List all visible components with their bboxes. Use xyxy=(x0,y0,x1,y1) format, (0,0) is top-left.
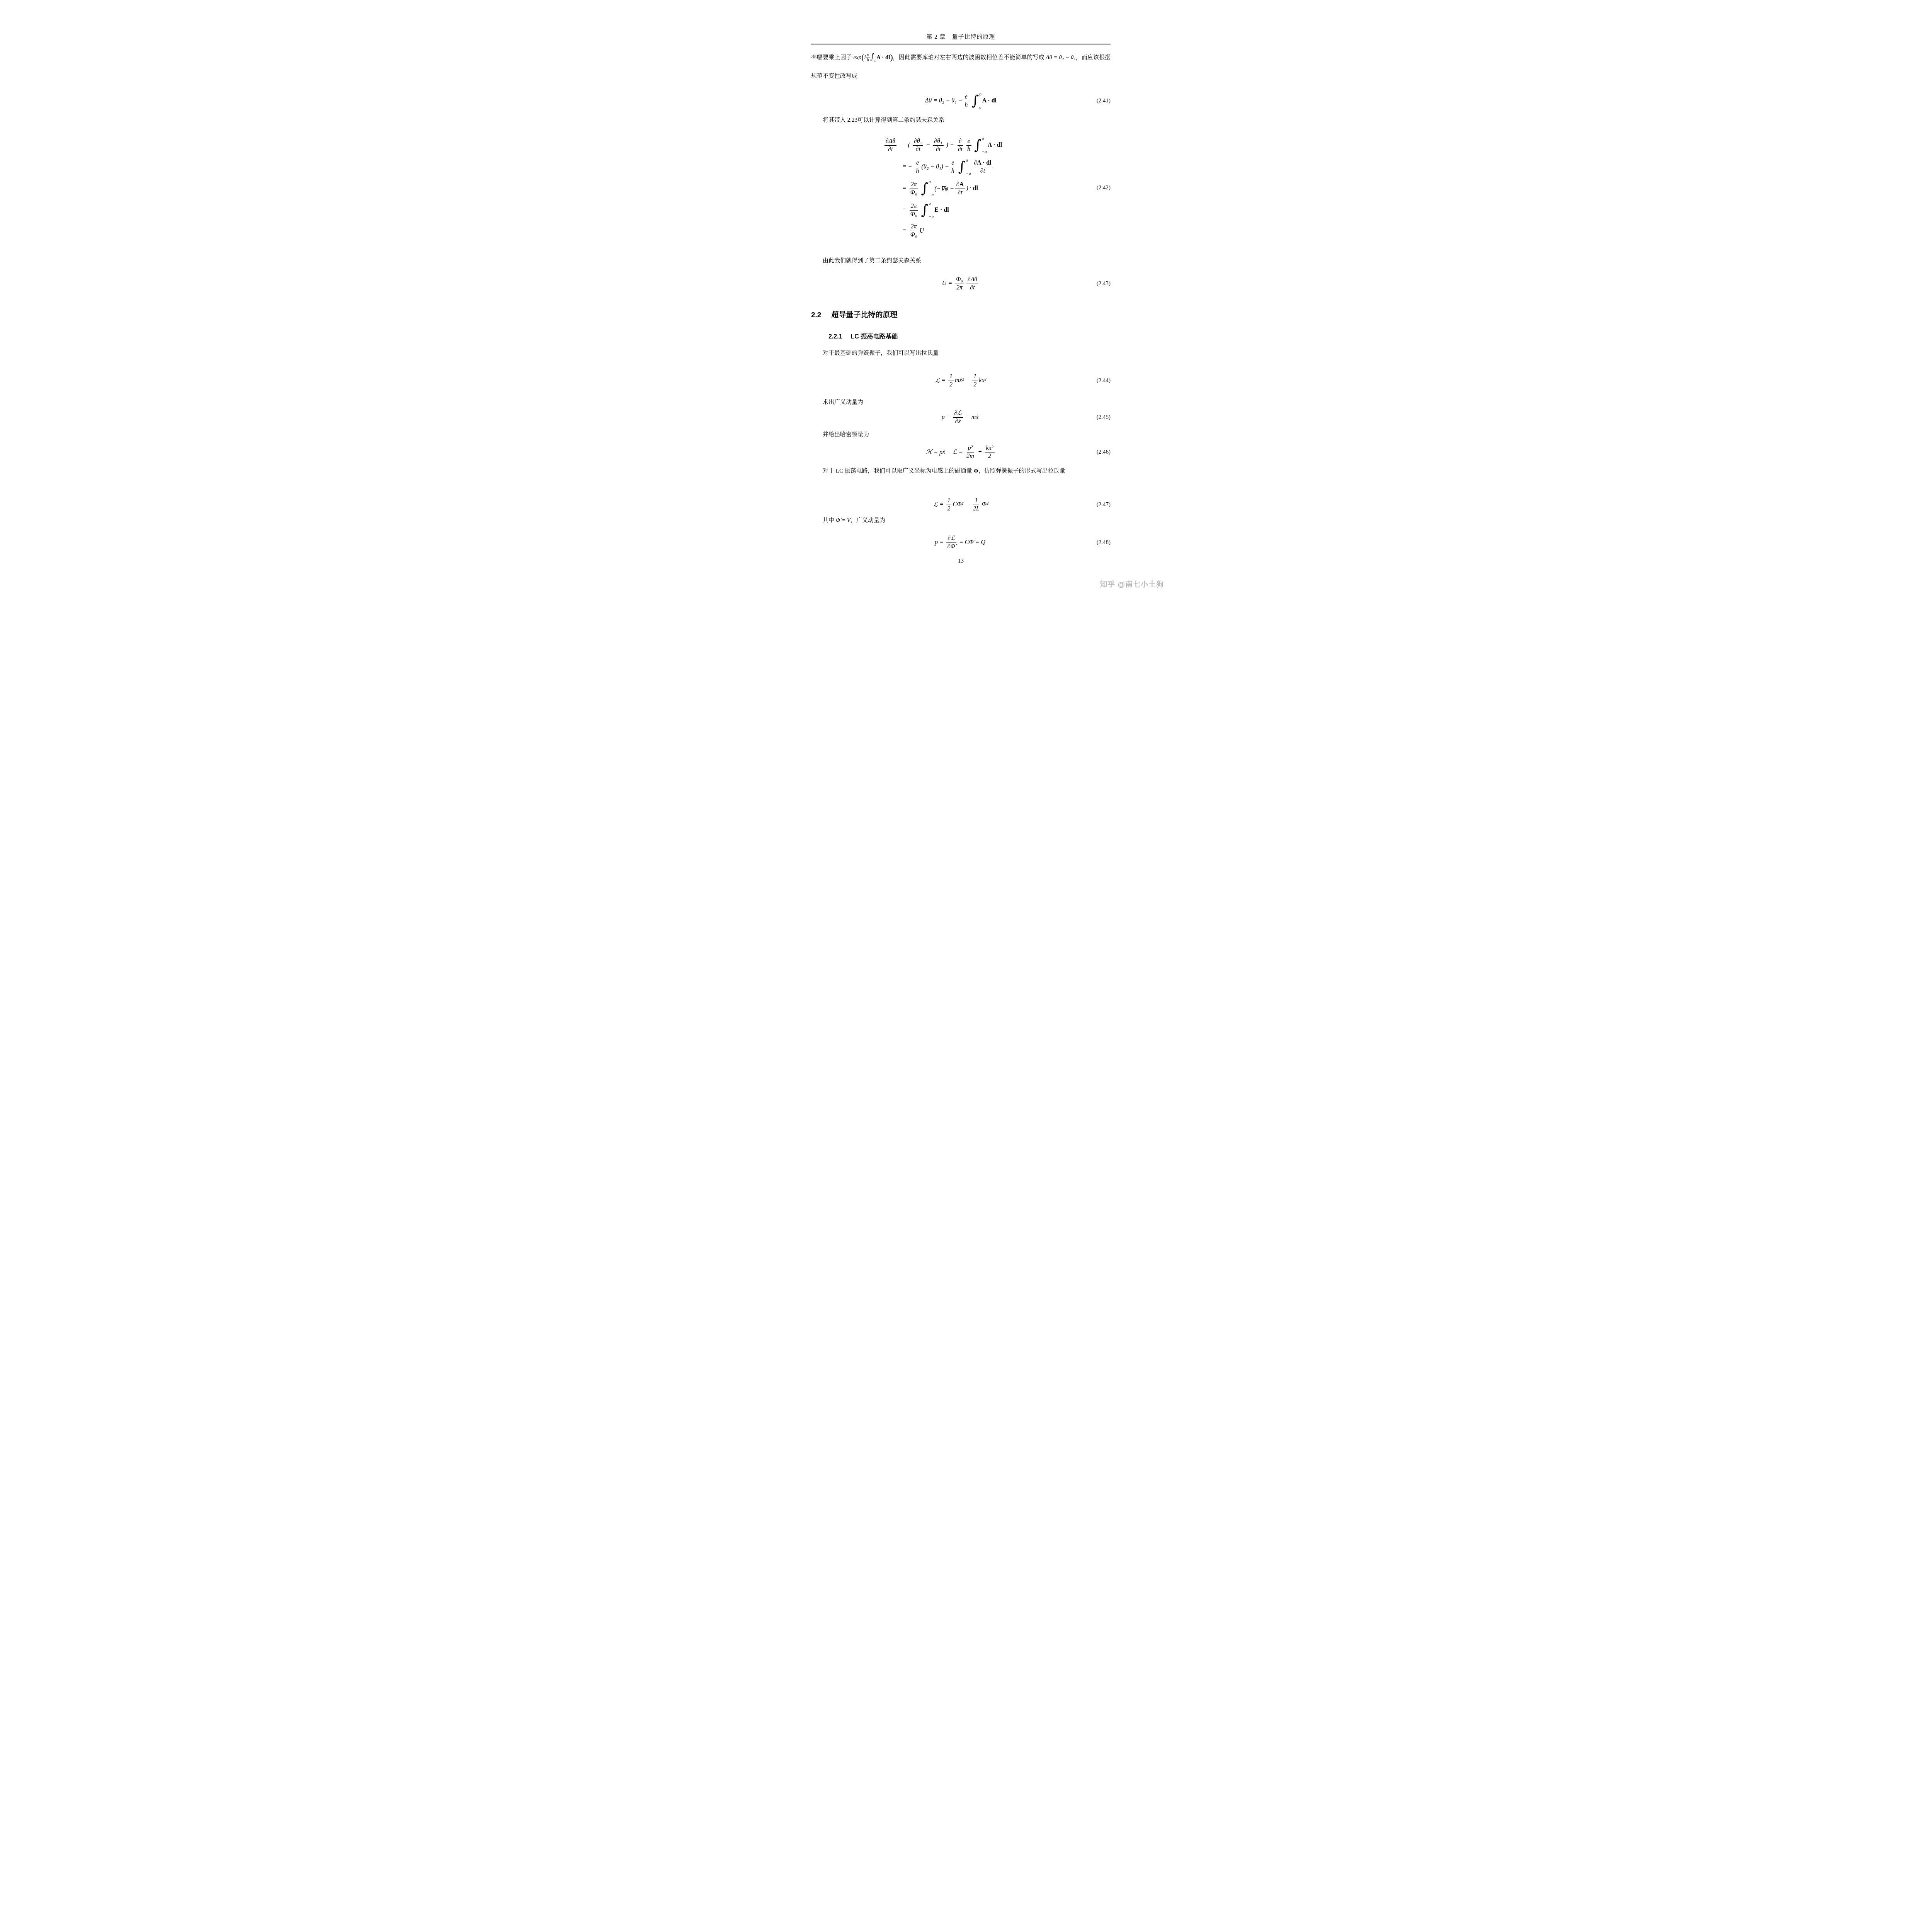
paragraph-text: ，因此需要库珀对左右两边的波函数相位差不能简单的写成 xyxy=(893,54,1046,61)
fraction-2pi-phi0: 2πΦ₀ xyxy=(909,202,919,218)
eq42-line5: = 2πΦ₀ U xyxy=(873,223,924,239)
equation-2-43: U = Φ₀2π ∂Δθ∂t (2.43) xyxy=(811,273,1111,294)
subsection-number: 2.2.1 xyxy=(828,333,842,340)
eq44-lhs: ℒ xyxy=(936,377,940,384)
page-number: 13 xyxy=(811,558,1111,565)
eq41-lhs: Δθ xyxy=(925,97,932,104)
eq48-lhs: p xyxy=(935,539,938,546)
paragraph-substitute: 将其带入 2.23可以计算得到第二条约瑟夫森关系 xyxy=(811,116,1111,124)
fraction-2pi-phi0: 2πΦ₀ xyxy=(909,181,919,197)
eq42-line3: = 2πΦ₀ ∫a−a (−∇φ − ∂A∂t ) · dl xyxy=(873,180,980,197)
subsection-heading-2-2-1: 2.2.1LC 振荡电路基础 xyxy=(828,332,1128,340)
subsection-title: LC 振荡电路基础 xyxy=(851,333,898,340)
zhihu-watermark: 知乎 @南七小土狗 xyxy=(1100,579,1164,589)
eq43-lhs: U xyxy=(942,280,947,287)
math-delta-theta: Δθ = θ₂ − θ₁ xyxy=(1046,54,1076,61)
fraction-p-sq-2m: p²2m xyxy=(965,444,975,460)
vector-E-dl: E · dl xyxy=(934,207,949,214)
vector-A-dl: A · dl xyxy=(988,142,1002,149)
fraction-dDeltaTheta-dt: ∂Δθ∂t xyxy=(966,276,978,292)
eq42-line2: = − eħ (θ₂ − θ₁) − eħ ∫a−a ∂A · dl∂t xyxy=(873,158,994,176)
paragraph-text: 其中 xyxy=(823,517,836,524)
integral-minus-a-to-a: ∫a−a xyxy=(921,201,934,219)
fraction-dL-dphidot: ∂ℒ∂Φ̇ xyxy=(946,535,956,551)
equation-number: (2.44) xyxy=(1097,378,1111,384)
paragraph-text: ，广义动量为 xyxy=(850,517,885,524)
fraction-e-hbar: eħ xyxy=(963,93,969,109)
paragraph-gauge-phase: 率幅要乘上因子 exp(ieħ∫LA · dl)，因此需要库珀对左右两边的波函数… xyxy=(811,49,1111,84)
term-C-phidot-sq: CΦ̇² xyxy=(953,501,963,508)
eq45-rhs: = mẋ xyxy=(966,414,978,421)
equals-sign: = xyxy=(939,539,944,546)
eq48-rhs: = CΦ̇ = Q xyxy=(959,539,985,546)
equation-2-45: p = ∂ℒ∂ẋ = mẋ (2.45) xyxy=(811,407,1111,428)
paragraph-hamiltonian: 并给出哈密顿量为 xyxy=(811,430,1111,439)
fraction-one-half: 12 xyxy=(946,497,951,513)
equation-2-42: ∂Δθ∂t = ( ∂θ₂∂t − ∂θ₁∂t ) − ∂∂t eħ ∫a−a … xyxy=(811,134,1111,241)
document-page: 第 2 章 量子比特的原理 率幅要乘上因子 exp(ieħ∫LA · dl)，因… xyxy=(745,0,1172,603)
fraction-dtheta1-dt: ∂θ₁∂t xyxy=(933,138,943,153)
paragraph-text: 对于 LC 振荡电路，我们可以取广义坐标为电感上的磁通量 xyxy=(823,468,973,474)
equation-2-47: ℒ = 12 CΦ̇² − 12L Φ² (2.47) xyxy=(811,495,1111,515)
vector-A-dl: A · dl xyxy=(876,54,890,61)
paragraph-lc-circuit: 对于 LC 振荡电路，我们可以取广义坐标为电感上的磁通量 Φ，仿照弹簧振子的形式… xyxy=(811,464,1111,478)
fraction-2pi-phi0: 2πΦ₀ xyxy=(909,223,919,239)
close-paren: ) xyxy=(890,52,893,62)
math-phi: Φ xyxy=(973,468,978,474)
equation-2-44: ℒ = 12 mẋ² − 12 kx² (2.44) xyxy=(811,370,1111,391)
equals-sign: = xyxy=(948,280,952,287)
section-title: 超导量子比特的原理 xyxy=(831,311,897,319)
math-exp: exp xyxy=(853,54,861,61)
fraction-one-2L: 12L xyxy=(972,497,981,513)
equals-sign: = xyxy=(946,414,951,421)
paragraph-generalized-momentum: 求出广义动量为 xyxy=(811,398,1111,406)
paragraph-spring-oscillator: 对于最基础的弹簧振子，我们可以写出拉氏量 xyxy=(811,349,1111,357)
integral-a-to-b: ∫ba xyxy=(971,92,981,110)
chapter-header: 第 2 章 量子比特的原理 xyxy=(811,32,1111,41)
fraction-kx-sq-2: kx²2 xyxy=(985,444,995,460)
equation-2-41: Δθ = θ₂ − θ₁ − eħ ∫ba A · dl (2.41) xyxy=(811,90,1111,112)
integral-minus-a-to-a: ∫a−a xyxy=(974,136,987,154)
math-i: i xyxy=(864,54,866,61)
equation-2-48: p = ∂ℒ∂Φ̇ = CΦ̇ = Q (2.48) xyxy=(811,532,1111,553)
inline-fraction-e-hbar: eħ xyxy=(866,53,870,63)
integral-minus-a-to-a: ∫a−a xyxy=(958,158,971,176)
equation-number: (2.47) xyxy=(1097,502,1111,508)
eq41-mid: θ₂ − θ₁ − xyxy=(939,97,962,104)
equals-sign: = xyxy=(933,97,937,104)
fraction-dDeltaTheta-dt: ∂Δθ∂t xyxy=(885,138,896,153)
fraction-e-hbar: eħ xyxy=(950,159,956,175)
equals-sign: = xyxy=(939,501,944,508)
paragraph-text: 率幅要乘上因子 xyxy=(811,54,853,61)
fraction-dA-dt: ∂A∂t xyxy=(955,181,965,197)
fraction-one-half: 12 xyxy=(972,373,978,389)
term-k-x-sq: kx² xyxy=(979,377,986,384)
eq47-lhs: ℒ xyxy=(933,501,938,509)
term-m-xdot-sq: mẋ² xyxy=(955,377,964,384)
equation-number: (2.48) xyxy=(1097,539,1111,546)
equation-number: (2.43) xyxy=(1097,281,1111,287)
equation-number: (2.45) xyxy=(1097,414,1111,421)
fraction-dL-dxdot: ∂ℒ∂ẋ xyxy=(953,410,963,425)
section-heading-2-2: 2.2超导量子比特的原理 xyxy=(811,309,1111,320)
paragraph-text: ，仿照弹簧振子的形式写出拉氏量 xyxy=(978,468,1065,474)
eq42-line1: ∂Δθ∂t = ( ∂θ₂∂t − ∂θ₁∂t ) − ∂∂t eħ ∫a−a … xyxy=(873,136,1002,154)
vector-A-dl: A · dl xyxy=(982,97,997,104)
equation-number: (2.41) xyxy=(1097,98,1111,104)
paragraph-second-josephson: 由此我们就得到了第二条约瑟夫森关系 xyxy=(811,257,1111,265)
integral-sign: ∫ xyxy=(870,52,874,61)
equation-number: (2.46) xyxy=(1097,449,1111,456)
section-number: 2.2 xyxy=(811,311,821,319)
header-rule xyxy=(811,44,1111,44)
eq46-lhs: ℋ xyxy=(926,448,932,456)
voltage-U: U xyxy=(920,228,924,235)
equation-2-46: ℋ = pẋ − ℒ = p²2m + kx²2 (2.46) xyxy=(811,441,1111,463)
vector-dl: dl xyxy=(973,185,978,192)
fraction-d-dt: ∂∂t xyxy=(957,138,964,153)
integral-minus-a-to-a: ∫a−a xyxy=(921,180,934,197)
equation-number: (2.42) xyxy=(1097,184,1111,191)
fraction-e-hbar: eħ xyxy=(915,159,920,175)
eq46-mid: = pẋ − ℒ = xyxy=(934,448,963,456)
equals-sign: = xyxy=(941,377,946,384)
term-phi-sq: Φ² xyxy=(982,501,988,508)
fraction-dtheta2-dt: ∂θ₂∂t xyxy=(913,138,923,153)
fraction-one-half: 12 xyxy=(948,373,954,389)
fraction-dAdl-dt: ∂A · dl∂t xyxy=(973,159,992,175)
open-paren: ( xyxy=(861,52,864,62)
math-phidot-equals-V: Φ̇ = V xyxy=(836,517,850,524)
fraction-phi0-2pi: Φ₀2π xyxy=(955,276,964,292)
fraction-e-hbar: eħ xyxy=(966,138,971,153)
eq45-lhs: p xyxy=(942,414,945,421)
paragraph-phidot-voltage: 其中 Φ̇ = V，广义动量为 xyxy=(811,516,1111,525)
eq42-line4: = 2πΦ₀ ∫a−a E · dl xyxy=(873,201,949,219)
